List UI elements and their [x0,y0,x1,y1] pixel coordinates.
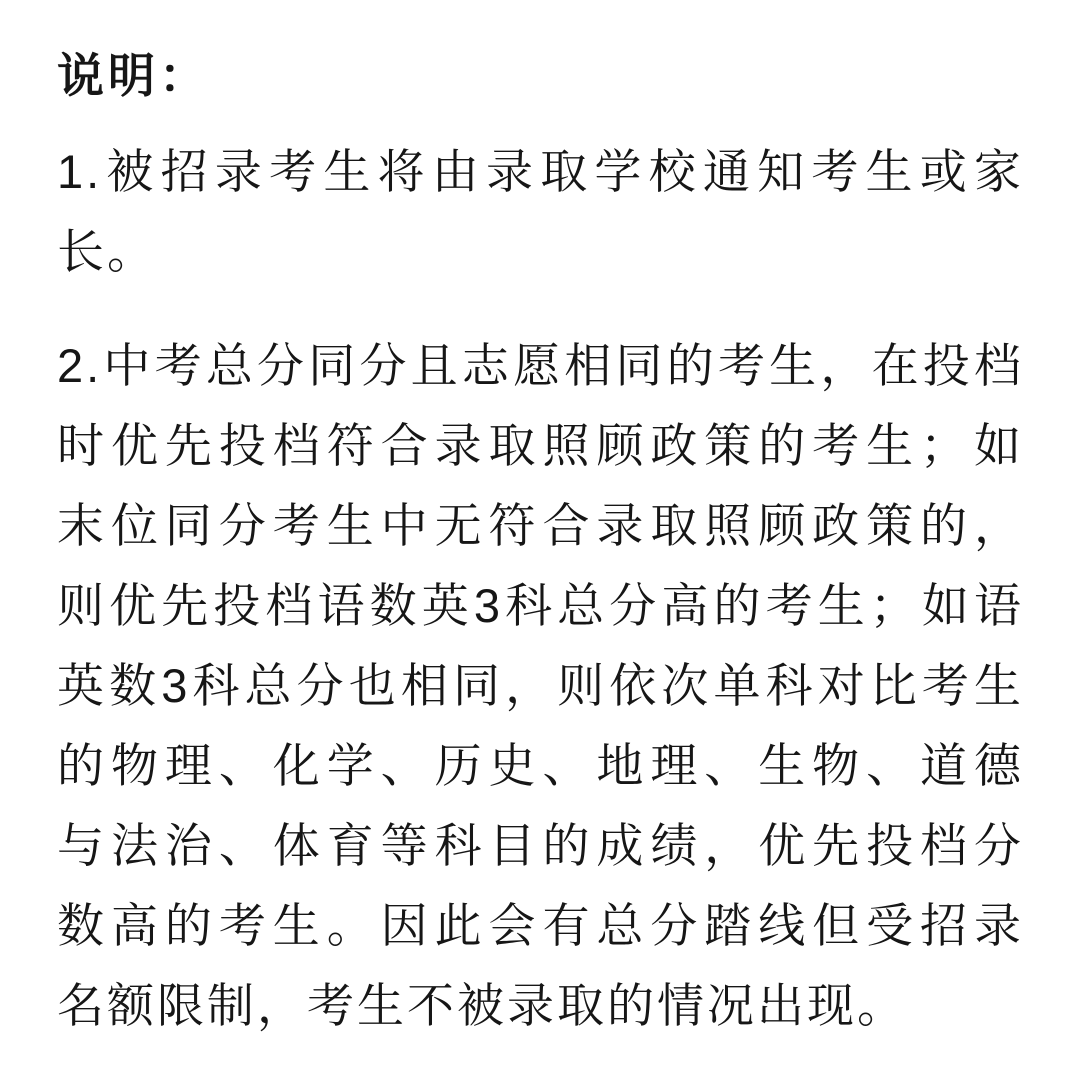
text-line: 名额限制，考生不被录取的情况出现。 [57,966,1024,1046]
text-line: 数高的考生。因此会有总分踏线但受招录 [57,886,1024,966]
text-line: 末位同分考生中无符合录取照顾政策的， [57,486,1024,566]
notice-document: 说明： 1.被招录考生将由录取学校通知考生或家长。2.中考总分同分且志愿相同的考… [0,0,1080,1088]
document-title: 说明： [57,36,1024,116]
paragraph: 2.中考总分同分且志愿相同的考生，在投档时优先投档符合录取照顾政策的考生；如末位… [57,326,1024,1046]
text-line: 2.中考总分同分且志愿相同的考生，在投档 [57,326,1024,406]
text-line: 长。 [57,212,1024,292]
text-line: 1.被招录考生将由录取学校通知考生或家 [57,132,1024,212]
text-line: 时优先投档符合录取照顾政策的考生；如 [57,406,1024,486]
paragraphs-container: 1.被招录考生将由录取学校通知考生或家长。2.中考总分同分且志愿相同的考生，在投… [57,132,1024,1046]
text-line: 的物理、化学、历史、地理、生物、道德 [57,726,1024,806]
text-line: 英数3科总分也相同，则依次单科对比考生 [57,646,1024,726]
text-line: 与法治、体育等科目的成绩，优先投档分 [57,806,1024,886]
paragraph: 1.被招录考生将由录取学校通知考生或家长。 [57,132,1024,292]
text-line: 则优先投档语数英3科总分高的考生；如语 [57,566,1024,646]
